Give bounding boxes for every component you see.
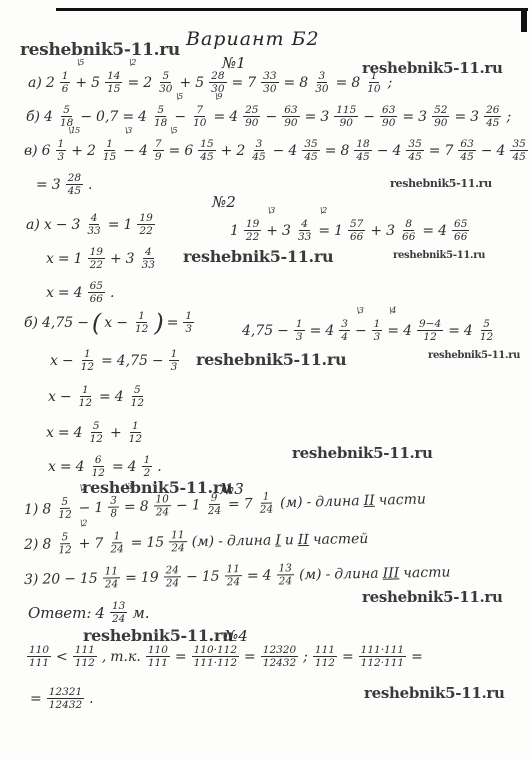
fraction: 512 <box>88 420 105 445</box>
fraction: 866 <box>400 218 417 243</box>
math-token: II <box>363 492 374 508</box>
math-token: = <box>108 217 120 233</box>
fraction: 1124 <box>224 563 242 588</box>
math-token: x <box>50 353 58 369</box>
math-token: 1) <box>24 501 39 517</box>
math-token: 3) <box>24 571 39 587</box>
math-token: < <box>56 649 68 665</box>
task2a-side-calc: 11922\3+3433\2=15766+3866=46566 <box>228 218 472 243</box>
math-token: = <box>247 567 259 583</box>
math-token: = <box>310 323 322 339</box>
task2b-equation: б)4,75−(x−112)=13 <box>22 310 197 335</box>
math-token: (м) <box>280 494 303 511</box>
math-token: 7 <box>445 143 454 159</box>
math-token: 4 <box>139 143 148 159</box>
math-token: 8 <box>299 75 308 91</box>
math-token: а) <box>26 217 40 233</box>
fraction: 11590 <box>334 104 358 129</box>
math-token: в) <box>24 143 38 159</box>
fraction: 433\2 <box>296 218 313 243</box>
fraction: 433 <box>85 212 102 237</box>
fraction: 345 <box>250 138 267 163</box>
math-token: частей <box>313 531 369 548</box>
math-token: − <box>80 109 92 125</box>
math-token: − <box>265 109 277 125</box>
watermark: reshebnik5-11.ru <box>362 588 503 606</box>
fraction: 530 <box>157 70 174 95</box>
math-token: x <box>44 217 52 233</box>
math-token: 15 <box>146 534 164 550</box>
math-token: ; <box>303 649 308 665</box>
fraction: 6345 <box>458 138 475 163</box>
math-token: = <box>244 649 256 665</box>
math-token: 7 <box>94 535 103 551</box>
watermark: reshebnik5-11.ru <box>196 350 346 369</box>
math-token: + <box>75 75 87 91</box>
task3-step1: 1)8512\2−138\3=81024−1924=7124(м)-длинаI… <box>22 486 429 522</box>
math-token: 4 <box>74 285 83 301</box>
task1-line-a: а)216\5+51415\2=2530+52830=73330=8330=81… <box>26 70 394 95</box>
math-token: 4 <box>138 109 147 125</box>
math-token: x <box>46 425 54 441</box>
math-token: 15 <box>202 568 220 584</box>
math-token: (м) <box>299 566 322 582</box>
math-token: 8 <box>140 498 149 514</box>
fraction: 124 <box>108 530 126 555</box>
watermark: reshebnik5-11.ru <box>393 250 485 261</box>
fraction: 110111 <box>146 644 170 669</box>
fraction: 115\3 <box>101 138 118 163</box>
fraction: 110111 <box>27 644 51 669</box>
math-token: − <box>355 323 367 339</box>
math-token: = <box>125 570 137 586</box>
math-token: 4 <box>392 143 401 159</box>
math-token: − <box>481 143 493 159</box>
math-token: = <box>169 143 181 159</box>
math-token: 4 <box>438 223 447 239</box>
math-token: 2 <box>236 143 245 159</box>
math-token: = <box>124 499 136 515</box>
math-token: 2 <box>46 75 55 91</box>
fraction: 112 <box>77 384 94 409</box>
common-denominator-mark: \4 <box>389 307 395 317</box>
fraction: 34\3 <box>339 318 350 343</box>
math-token: - <box>306 494 311 510</box>
math-token: 1 <box>123 217 132 233</box>
fraction: 1922\3 <box>244 218 261 243</box>
fraction: 433 <box>140 246 157 271</box>
fraction: 1922 <box>137 212 154 237</box>
math-token: III <box>382 565 399 581</box>
math-token: 3 <box>470 109 479 125</box>
math-token: + <box>110 251 122 267</box>
math-token: II <box>298 532 309 548</box>
task2-label: №2 <box>212 193 236 211</box>
task4-result: =1232112432. <box>28 686 96 711</box>
fraction: 16\5 <box>60 70 71 95</box>
math-token: 6 <box>184 143 193 159</box>
math-token: 0,7 <box>96 109 118 125</box>
math-token: 4 <box>74 425 83 441</box>
fraction: 3330 <box>261 70 278 95</box>
fraction: 1124 <box>169 529 187 554</box>
fraction: 1845 <box>354 138 371 163</box>
math-token: 19 <box>141 569 159 585</box>
fraction: 1545 <box>198 138 215 163</box>
fraction: 124 <box>257 490 275 516</box>
fraction: 1415\2 <box>105 70 122 95</box>
fraction: 112 <box>133 310 150 335</box>
math-token: 3 <box>282 223 291 239</box>
fraction: 2590 <box>243 104 260 129</box>
math-token: и <box>285 532 294 548</box>
watermark: reshebnik5-11.ru <box>83 626 233 645</box>
math-token: − <box>56 217 68 233</box>
task2b-step4: x=4512+112 <box>44 420 147 445</box>
math-token: ; <box>506 109 511 125</box>
task4-label: №4 <box>224 627 248 645</box>
math-token: 4,75 <box>42 315 73 331</box>
math-token: = <box>36 177 48 193</box>
math-token: − <box>273 143 285 159</box>
math-token: 3 <box>126 251 135 267</box>
fraction: 6390 <box>380 104 397 129</box>
task1-line-v: в)613\15+2115\3−479\5=61545+2345−43545=8… <box>22 138 530 163</box>
math-token: = <box>284 75 296 91</box>
math-token: = <box>422 223 434 239</box>
task3-answer: Ответ:41324м. <box>26 600 152 625</box>
math-token: . <box>89 691 93 707</box>
math-token: 4 <box>44 109 53 125</box>
math-token: т.к. <box>110 649 141 665</box>
math-token: = <box>342 649 354 665</box>
math-token: - <box>218 533 223 549</box>
math-token: . <box>110 285 114 301</box>
math-token: 2 <box>87 143 96 159</box>
fraction: 6566 <box>88 280 105 305</box>
fraction: 38\3 <box>108 494 119 519</box>
math-token: 1 <box>94 499 103 515</box>
fraction: 9−412 <box>417 318 443 343</box>
math-token: 4,75 <box>242 323 273 339</box>
fraction: 13 <box>183 310 194 335</box>
common-denominator-mark: \5 <box>176 93 182 103</box>
math-token: − <box>62 353 74 369</box>
fraction: 3545 <box>302 138 319 163</box>
fraction: 1232012432 <box>261 644 298 669</box>
math-token: 8 <box>351 75 360 91</box>
math-token: x <box>46 251 54 267</box>
fraction: 1324 <box>110 600 127 625</box>
math-token: 3 <box>386 223 395 239</box>
fraction: 2424 <box>163 564 181 589</box>
watermark: reshebnik5-11.ru <box>183 247 333 266</box>
math-token: x <box>48 459 56 475</box>
common-denominator-mark: \3 <box>357 307 363 317</box>
common-denominator-mark: \3 <box>125 127 131 137</box>
math-token: а) <box>28 75 42 91</box>
math-token: , <box>102 649 106 665</box>
math-token: длина <box>227 532 272 549</box>
math-token: 1 <box>74 251 83 267</box>
math-token: − <box>176 497 188 513</box>
math-token: = <box>58 251 70 267</box>
math-token: 4 <box>229 109 238 125</box>
fraction: 13 <box>169 348 180 373</box>
fraction: 2645 <box>484 104 501 129</box>
task2a-answer: x=46566. <box>44 280 116 305</box>
math-token: x <box>48 389 56 405</box>
fraction: 512\2 <box>56 496 74 522</box>
math-token: = <box>99 389 111 405</box>
math-token: = <box>402 109 414 125</box>
math-token: 5 <box>195 75 204 91</box>
math-token: 4 <box>497 143 506 159</box>
math-token: = <box>325 143 337 159</box>
fraction: 5290 <box>432 104 449 129</box>
task4-comparison: 110111<111112,т.к.110111=110·112111·112=… <box>24 644 425 669</box>
fraction: 5766 <box>348 218 365 243</box>
math-token: − <box>186 568 198 584</box>
math-token: x <box>104 315 112 331</box>
fraction: 112 <box>127 420 144 445</box>
math-token: . <box>88 177 92 193</box>
common-denominator-mark: \2 <box>320 207 326 217</box>
math-token: 3 <box>418 109 427 125</box>
common-denominator-mark: \2 <box>80 520 86 530</box>
math-token: x <box>46 285 54 301</box>
math-token: (м) <box>191 533 214 549</box>
fraction: 13\4 <box>372 318 383 343</box>
math-token: 2) <box>24 536 39 552</box>
fraction: 1324 <box>276 562 294 587</box>
fraction: 512 <box>478 318 495 343</box>
math-token: − <box>174 109 186 125</box>
math-token: = <box>213 109 225 125</box>
math-token: − <box>116 315 128 331</box>
page-title: Вариант Б2 <box>186 28 320 50</box>
math-token: I <box>275 532 281 548</box>
watermark: reshebnik5-11.ru <box>292 444 433 462</box>
math-token: части <box>378 491 426 508</box>
fraction: 3545 <box>510 138 527 163</box>
math-token: = <box>336 75 348 91</box>
math-token: = <box>228 496 240 512</box>
math-token: = <box>429 143 441 159</box>
task2b-step3: x−112=4512 <box>46 384 149 409</box>
math-token: − <box>123 143 135 159</box>
math-token: 2 <box>143 75 152 91</box>
math-token: Ответ: <box>28 604 91 622</box>
fraction: 111112 <box>73 644 97 669</box>
task2a-equation: а)x−3433=11922 <box>24 212 158 237</box>
math-token: − <box>152 353 164 369</box>
math-token: = <box>58 425 70 441</box>
fraction: 1024 <box>153 493 171 519</box>
fraction: 518\5 <box>152 104 169 129</box>
watermark: reshebnik5-11.ru <box>428 350 520 361</box>
task2b-step2: x−112=4,75−13 <box>48 348 182 373</box>
fraction: 6566 <box>452 218 469 243</box>
math-token: = <box>454 109 466 125</box>
math-token: = <box>387 323 399 339</box>
math-token: + <box>266 223 278 239</box>
math-token: м. <box>132 604 149 622</box>
math-token: − <box>64 571 76 587</box>
math-token: + <box>71 143 83 159</box>
math-token: = <box>167 315 179 331</box>
math-token: 8 <box>42 536 51 552</box>
fraction: 710\9 <box>191 104 208 129</box>
math-token: = <box>411 649 423 665</box>
math-token: − <box>363 109 375 125</box>
fraction: 111·111112·111 <box>359 644 406 669</box>
math-token: = <box>112 459 124 475</box>
math-token: + <box>179 75 191 91</box>
math-token: = <box>175 649 187 665</box>
math-token: 4 <box>95 604 105 622</box>
math-token: + <box>221 143 233 159</box>
math-token: 3 <box>52 177 61 193</box>
fraction: 512\2 <box>56 531 74 556</box>
fraction: 12 <box>142 454 153 479</box>
math-token: 3 <box>71 217 80 233</box>
task2a-step2: x=11922+3433 <box>44 246 160 271</box>
common-denominator-mark: \3 <box>125 483 132 493</box>
math-token: 4 <box>403 323 412 339</box>
common-denominator-mark: \3 <box>268 207 274 217</box>
task2b-answer: x=4612=412. <box>46 454 164 479</box>
fraction: 1124 <box>103 565 121 590</box>
fraction: 1922 <box>88 246 105 271</box>
math-token: 4 <box>263 567 272 583</box>
math-token: 8 <box>340 143 349 159</box>
watermark: reshebnik5-11.ru <box>20 40 180 60</box>
task3-step2: 2)8512\2+7124=151124(м)-длинаIиIIчастей <box>22 526 371 557</box>
math-token: 20 <box>42 571 60 587</box>
math-token: 8 <box>42 501 51 517</box>
fraction: 13\15 <box>56 138 67 163</box>
math-token: б) <box>26 109 40 125</box>
math-token: = <box>58 285 70 301</box>
watermark: reshebnik5-11.ru <box>390 177 492 190</box>
math-token: + <box>110 425 122 441</box>
math-token: − <box>277 323 289 339</box>
math-token: = <box>232 75 244 91</box>
math-token: − <box>77 315 89 331</box>
math-token: = <box>101 353 113 369</box>
math-token: + <box>79 535 91 551</box>
math-token: 4 <box>288 143 297 159</box>
math-token: 4 <box>325 323 334 339</box>
fraction: 924 <box>205 492 223 518</box>
math-token: 1 <box>230 223 239 239</box>
scan-border-top <box>56 8 528 11</box>
task1-line-v-end: =32845. <box>34 172 94 197</box>
math-token: = <box>127 75 139 91</box>
math-token: 1 <box>192 497 201 513</box>
math-token: 7 <box>247 75 256 91</box>
math-token: . <box>157 459 161 475</box>
fraction: 3545 <box>406 138 423 163</box>
math-token: 6 <box>42 143 51 159</box>
scanned-worksheet-page: reshebnik5-11.ru reshebnik5-11.ru resheb… <box>0 0 530 759</box>
math-token: = <box>448 323 460 339</box>
common-denominator-mark: \5 <box>77 59 83 69</box>
fraction: 112 <box>79 348 96 373</box>
fraction: 110 <box>365 70 382 95</box>
fraction: 2845 <box>66 172 83 197</box>
math-token: 4 <box>464 323 473 339</box>
math-token: − <box>60 389 72 405</box>
common-denominator-mark: \15 <box>69 127 80 137</box>
math-token: − <box>377 143 389 159</box>
fraction: 512 <box>129 384 146 409</box>
math-token: = <box>122 109 134 125</box>
math-token: 1 <box>334 223 343 239</box>
task2b-side-calc: 4,75−13=434\3−13\4=49−412=4512 <box>240 318 498 343</box>
math-token: 3 <box>320 109 329 125</box>
fraction: 79\5 <box>153 138 164 163</box>
math-token: 7 <box>244 496 253 512</box>
task1-line-b: б)4518−0,7=4518\5−710\9=42590−6390=31159… <box>24 104 513 129</box>
common-denominator-mark: \2 <box>80 484 87 494</box>
math-token: 4,75 <box>117 353 148 369</box>
fraction: 110·112111·112 <box>192 644 239 669</box>
fraction: 111112 <box>313 644 337 669</box>
math-token: 4 <box>76 459 85 475</box>
common-denominator-mark: \9 <box>215 93 221 103</box>
fraction: 1232112432 <box>47 686 84 711</box>
math-token: 5 <box>91 75 100 91</box>
math-token: части <box>403 564 450 581</box>
math-token: = <box>60 459 72 475</box>
math-token: = <box>305 109 317 125</box>
math-token: ; <box>388 75 393 91</box>
math-token: 15 <box>80 570 98 586</box>
math-token: длина <box>334 565 379 582</box>
math-token: длина <box>315 493 360 510</box>
common-denominator-mark: \2 <box>129 59 135 69</box>
parenthesis: ) <box>154 311 163 335</box>
math-token: + <box>370 223 382 239</box>
math-token: − <box>78 500 90 516</box>
math-token: - <box>325 566 330 582</box>
math-token: 4 <box>115 389 124 405</box>
math-token: = <box>131 534 143 550</box>
fraction: 330 <box>313 70 330 95</box>
watermark: reshebnik5-11.ru <box>364 684 505 702</box>
fraction: 612 <box>90 454 107 479</box>
scan-border-right-corner <box>521 8 527 32</box>
math-token: 4 <box>128 459 137 475</box>
math-token: б) <box>24 315 38 331</box>
math-token: = <box>318 223 330 239</box>
fraction: 13 <box>294 318 305 343</box>
fraction: 6390 <box>282 104 299 129</box>
common-denominator-mark: \5 <box>170 127 176 137</box>
parenthesis: ( <box>92 311 101 335</box>
math-token: = <box>30 691 42 707</box>
